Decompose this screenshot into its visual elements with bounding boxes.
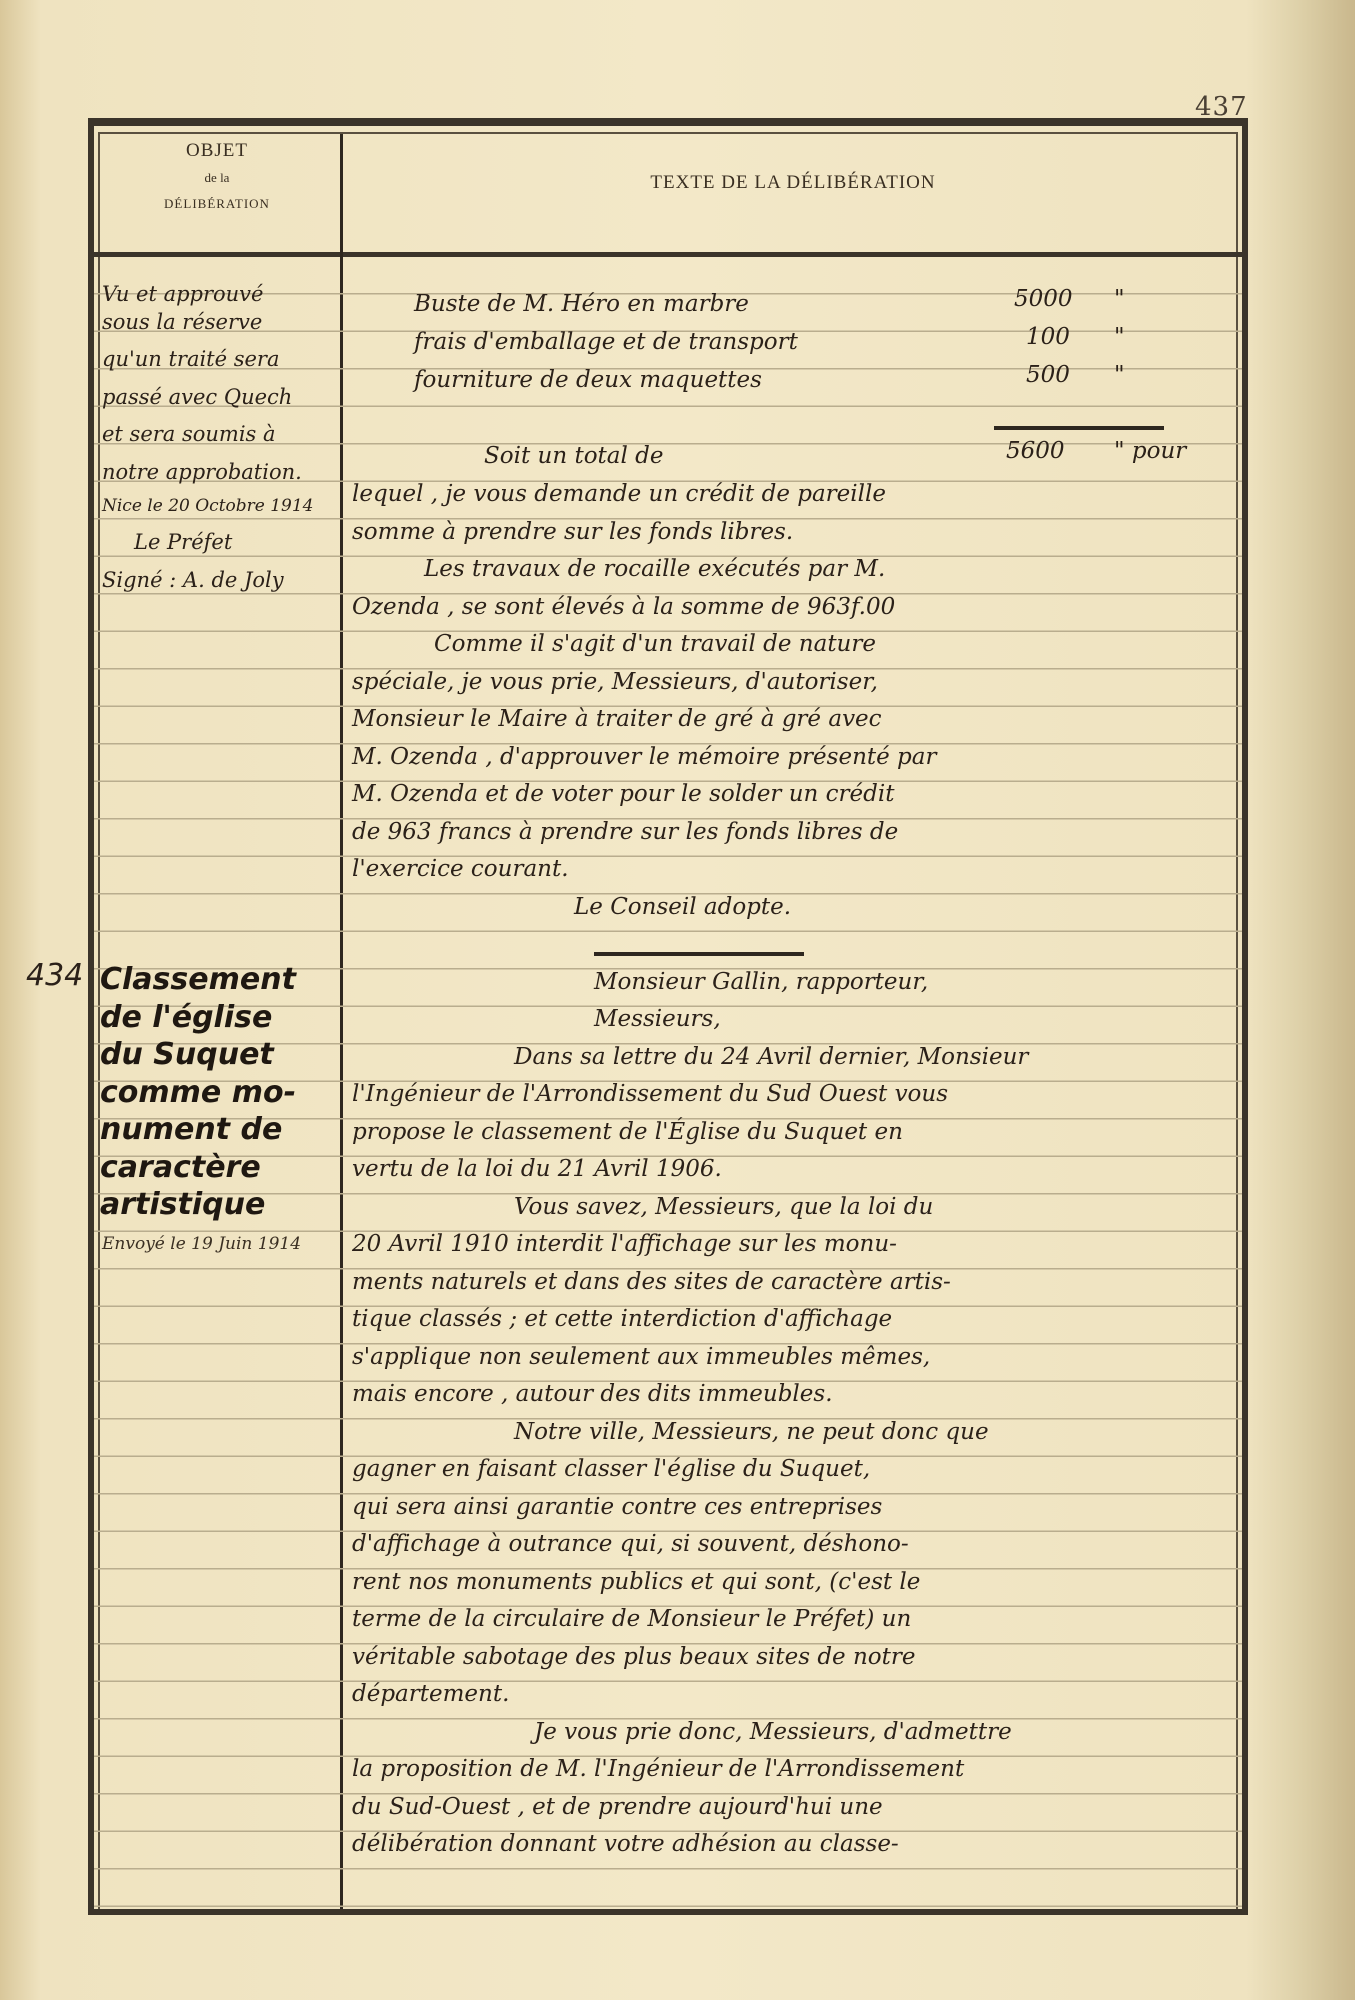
title-line: de l'église — [100, 999, 272, 1037]
expense-amount: 100 — [1026, 324, 1070, 350]
text-line: terme de la circulaire de Monsieur le Pr… — [352, 1601, 911, 1639]
title-line: caractère — [100, 1149, 261, 1187]
text-line: du Sud-Ouest , et de prendre aujourd'hui… — [352, 1789, 883, 1827]
text-line: qui sera ainsi garantie contre ces entre… — [352, 1489, 882, 1527]
expense-amount: 500 — [1026, 362, 1070, 388]
expense-label: fourniture de deux maquettes — [414, 362, 762, 400]
text-line: M. Ozenda et de voter pour le solder un … — [352, 776, 895, 814]
margin-date: Nice le 20 Octobre 1914 — [102, 488, 314, 526]
title-line: du Suquet — [100, 1036, 274, 1074]
expense-label: Buste de M. Héro en marbre — [414, 286, 749, 324]
expense-mark: " — [1114, 286, 1125, 312]
header-object-column: OBJET de la DÉLIBÉRATION — [94, 140, 340, 212]
text-line: s'applique non seulement aux immeubles m… — [352, 1339, 930, 1377]
title-line: Classement — [100, 961, 296, 999]
header-object-title: OBJET — [94, 140, 340, 162]
text-line: l'exercice courant. — [352, 851, 569, 889]
sent-date-note: Envoyé le 19 Juin 1914 — [102, 1226, 301, 1264]
total-suffix: " pour — [1114, 438, 1186, 464]
text-line: spéciale, je vous prie, Messieurs, d'aut… — [352, 664, 878, 702]
text-line: vertu de la loi du 21 Avril 1906. — [352, 1151, 722, 1189]
title-line: artistique — [100, 1186, 265, 1224]
expense-mark: " — [1114, 324, 1125, 350]
text-line: Comme il s'agit d'un travail de nature — [434, 626, 876, 664]
expense-label: frais d'emballage et de transport — [414, 324, 798, 362]
deliberation-number: 434 — [26, 958, 83, 993]
text-line: mais encore , autour des dits immeubles. — [352, 1376, 833, 1414]
total-amount: 5600 — [1006, 438, 1065, 464]
text-line: lequel , je vous demande un crédit de pa… — [352, 476, 886, 514]
rapporteur-line: Monsieur Gallin, rapporteur, — [594, 964, 928, 1002]
text-line: M. Ozenda , d'approuver le mémoire prése… — [352, 739, 937, 777]
header-object-deliberation: DÉLIBÉRATION — [94, 196, 340, 212]
margin-signature: Signé : A. de Joly — [102, 562, 284, 600]
title-line: comme mo- — [100, 1074, 296, 1112]
text-line: 20 Avril 1910 interdit l'affichage sur l… — [352, 1226, 897, 1264]
text-line: Ozenda , se sont élevés à la somme de 96… — [352, 589, 895, 627]
margin-prefect: Le Préfet — [134, 524, 232, 562]
margin-line: qu'un traité sera — [102, 341, 280, 379]
text-line: d'affichage à outrance qui, si souvent, … — [352, 1526, 909, 1564]
margin-line: sous la réserve — [102, 304, 262, 342]
total-rule — [994, 426, 1164, 430]
council-decision: Le Conseil adopte. — [574, 889, 791, 927]
text-line: gagner en faisant classer l'église du Su… — [352, 1451, 870, 1489]
text-line: propose le classement de l'Église du Suq… — [352, 1114, 903, 1152]
text-line: l'Ingénieur de l'Arrondissement du Sud O… — [352, 1076, 948, 1114]
margin-line: passé avec Quech — [102, 379, 292, 417]
text-line: Monsieur le Maire à traiter de gré à gré… — [352, 701, 882, 739]
section-separator — [594, 952, 804, 956]
text-line: véritable sabotage des plus beaux sites … — [352, 1639, 915, 1677]
register-frame: OBJET de la DÉLIBÉRATION TEXTE DE LA DÉL… — [88, 118, 1248, 1915]
text-line: département. — [352, 1676, 509, 1714]
text-line: de 963 francs à prendre sur les fonds li… — [352, 814, 898, 852]
text-line: rent nos monuments publics et qui sont, … — [352, 1564, 920, 1602]
text-line: ments naturels et dans des sites de cara… — [352, 1264, 951, 1302]
text-line: Je vous prie donc, Messieurs, d'admettre — [534, 1714, 1012, 1752]
text-line: Notre ville, Messieurs, ne peut donc que — [514, 1414, 989, 1452]
header-text-title: TEXTE DE LA DÉLIBÉRATION — [344, 172, 1242, 194]
header-object-subtitle: de la — [94, 170, 340, 186]
text-line: délibération donnant votre adhésion au c… — [352, 1826, 899, 1864]
text-line: somme à prendre sur les fonds libres. — [352, 514, 793, 552]
table-header: OBJET de la DÉLIBÉRATION TEXTE DE LA DÉL… — [94, 126, 1242, 257]
text-line: Dans sa lettre du 24 Avril dernier, Mons… — [514, 1039, 1028, 1077]
title-line: nument de — [100, 1111, 282, 1149]
margin-line: notre approbation. — [102, 454, 302, 492]
text-line: la proposition de M. l'Ingénieur de l'Ar… — [352, 1751, 964, 1789]
text-line: Les travaux de rocaille exécutés par M. — [424, 551, 885, 589]
salutation-line: Messieurs, — [594, 1001, 721, 1039]
margin-line: et sera soumis à — [102, 416, 276, 454]
text-line: tique classés ; et cette interdiction d'… — [352, 1301, 892, 1339]
total-label: Soit un total de — [484, 438, 664, 476]
text-line: Vous savez, Messieurs, que la loi du — [514, 1189, 933, 1227]
expense-amount: 5000 — [1014, 286, 1073, 312]
expense-mark: " — [1114, 362, 1125, 388]
